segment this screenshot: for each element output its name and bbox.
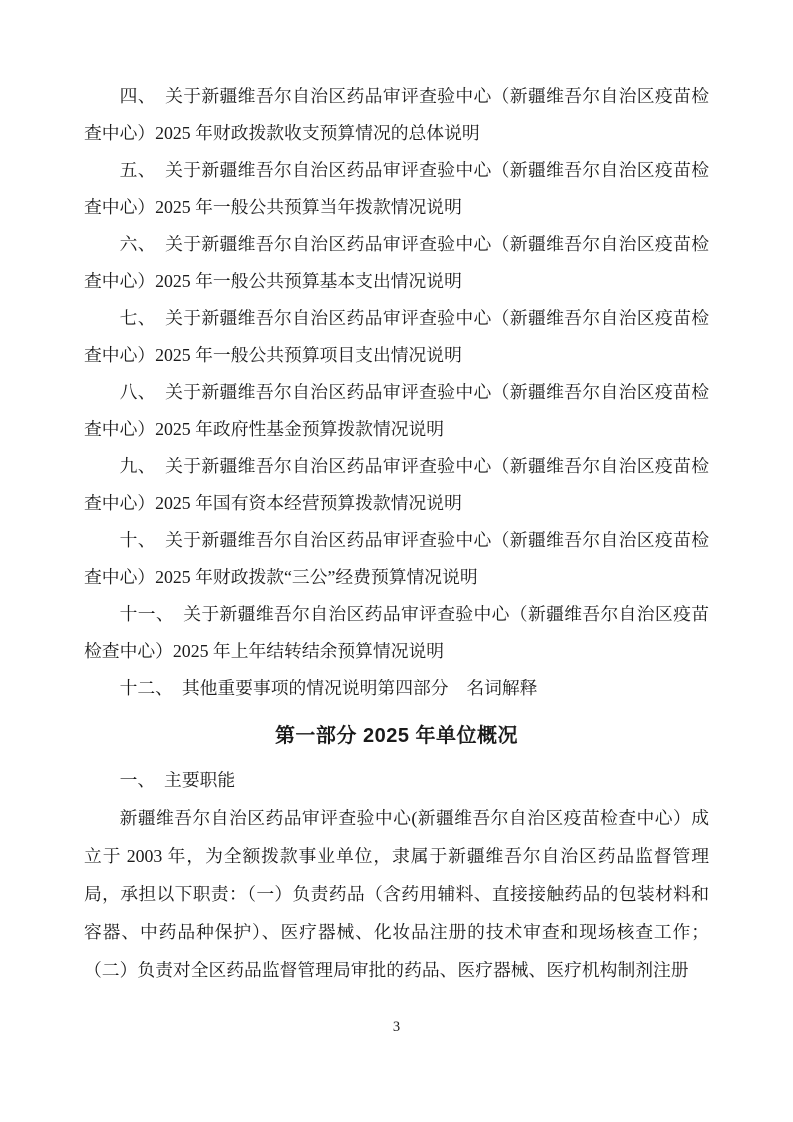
toc-item: 八、 关于新疆维吾尔自治区药品审评查验中心（新疆维吾尔自治区疫苗检查中心）202… [84,374,709,448]
body-paragraph: 新疆维吾尔自治区药品审评查验中心(新疆维吾尔自治区疫苗检查中心）成立于 2003… [84,799,709,989]
toc-item: 十、 关于新疆维吾尔自治区药品审评查验中心（新疆维吾尔自治区疫苗检查中心）202… [84,522,709,596]
toc-item: 九、 关于新疆维吾尔自治区药品审评查验中心（新疆维吾尔自治区疫苗检查中心）202… [84,448,709,522]
toc-item: 四、 关于新疆维吾尔自治区药品审评查验中心（新疆维吾尔自治区疫苗检查中心）202… [84,78,709,152]
table-of-contents: 四、 关于新疆维吾尔自治区药品审评查验中心（新疆维吾尔自治区疫苗检查中心）202… [84,78,709,707]
page-number: 3 [0,1016,793,1038]
toc-item: 十二、 其他重要事项的情况说明第四部分 名词解释 [84,670,709,707]
document-page: 四、 关于新疆维吾尔自治区药品审评查验中心（新疆维吾尔自治区疫苗检查中心）202… [0,0,793,1122]
toc-item: 六、 关于新疆维吾尔自治区药品审评查验中心（新疆维吾尔自治区疫苗检查中心）202… [84,226,709,300]
toc-item: 七、 关于新疆维吾尔自治区药品审评查验中心（新疆维吾尔自治区疫苗检查中心）202… [84,300,709,374]
subsection-heading: 一、 主要职能 [84,761,709,799]
toc-item: 五、 关于新疆维吾尔自治区药品审评查验中心（新疆维吾尔自治区疫苗检查中心）202… [84,152,709,226]
section-heading: 第一部分 2025 年单位概况 [84,715,709,757]
page-content: 四、 关于新疆维吾尔自治区药品审评查验中心（新疆维吾尔自治区疫苗检查中心）202… [84,78,709,989]
toc-item: 十一、 关于新疆维吾尔自治区药品审评查验中心（新疆维吾尔自治区疫苗检查中心）20… [84,596,709,670]
